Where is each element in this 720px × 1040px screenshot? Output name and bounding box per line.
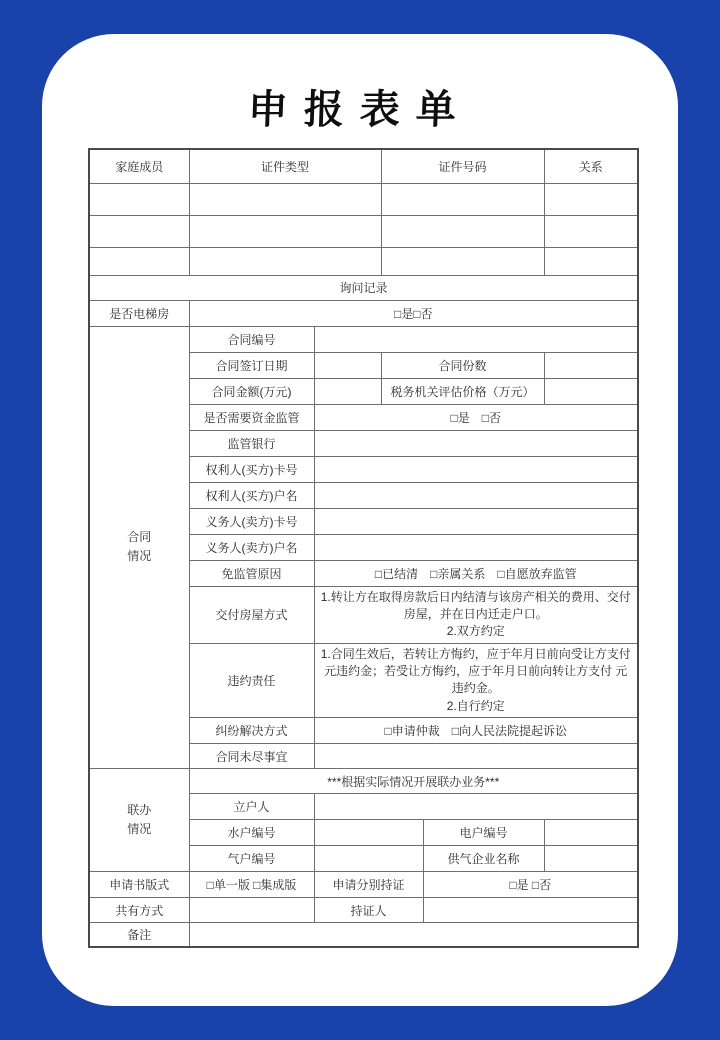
id-number-cell: [381, 183, 544, 215]
co-ownership-label: 共有方式: [89, 898, 189, 923]
fund-supervision-checkboxes: □是 □否: [314, 404, 638, 430]
gas-company-value: [544, 846, 638, 872]
bank-value: [314, 430, 638, 456]
water-no-value: [314, 820, 423, 846]
format-label: 申请书版式: [89, 872, 189, 898]
tax-price-value: [544, 378, 638, 404]
co-ownership-row: 共有方式 持证人: [89, 898, 638, 923]
family-empty-row: [89, 215, 638, 247]
delivery-label: 交付房屋方式: [189, 586, 314, 643]
elevator-label: 是否电梯房: [89, 300, 189, 326]
gas-no-value: [314, 846, 423, 872]
exempt-reason-label: 免监管原因: [189, 560, 314, 586]
format-row: 申请书版式 □单一版 □集成版 申请分别持证 □是 □否: [89, 872, 638, 898]
buyer-name-value: [314, 482, 638, 508]
outstanding-label: 合同未尽事宜: [189, 744, 314, 769]
contract-no-value: [314, 326, 638, 352]
id-type-header: 证件类型: [189, 149, 381, 183]
exempt-reason-checkboxes: □已结清 □亲属关系 □自愿放弃监管: [314, 560, 638, 586]
relation-cell: [544, 183, 638, 215]
joint-note-row: 联办 情况 ***根据实际情况开展联办业务***: [89, 769, 638, 794]
remarks-value: [189, 923, 638, 947]
remarks-row: 备注: [89, 923, 638, 947]
inquiry-row: 询问记录: [89, 275, 638, 300]
member-cell: [89, 247, 189, 275]
electric-no-value: [544, 820, 638, 846]
page-title: 申报表单: [41, 78, 679, 135]
form-card: 申报表单 家庭成员 证件类型 证件号码 关系: [42, 34, 678, 1006]
seller-name-value: [314, 534, 638, 560]
delivery-terms-text: 1.转让方在取得房款后日内结清与该房产相关的费用、交付房屋，并在日内迁走户口。 …: [314, 586, 638, 643]
member-cell: [89, 183, 189, 215]
joint-note-text: ***根据实际情况开展联办业务***: [189, 769, 638, 794]
buyer-card-value: [314, 456, 638, 482]
householder-value: [314, 794, 638, 820]
householder-label: 立户人: [189, 794, 314, 820]
id-number-cell: [381, 215, 544, 247]
relation-cell: [544, 247, 638, 275]
id-number-cell: [381, 247, 544, 275]
copies-value: [544, 352, 638, 378]
buyer-name-label: 权利人(买方)户名: [189, 482, 314, 508]
outstanding-value: [314, 744, 638, 769]
separate-cert-label: 申请分别持证: [314, 872, 423, 898]
buyer-card-label: 权利人(买方)卡号: [189, 456, 314, 482]
sign-date-label: 合同签订日期: [189, 352, 314, 378]
id-type-cell: [189, 247, 381, 275]
breach-label: 违约责任: [189, 643, 314, 718]
family-header-row: 家庭成员 证件类型 证件号码 关系: [89, 149, 638, 183]
seller-card-label: 义务人(卖方)卡号: [189, 508, 314, 534]
amount-value: [314, 378, 381, 404]
id-type-cell: [189, 183, 381, 215]
electric-no-label: 电户编号: [423, 820, 544, 846]
contract-no-row: 合同 情况 合同编号: [89, 326, 638, 352]
seller-card-value: [314, 508, 638, 534]
separate-cert-checkboxes: □是 □否: [423, 872, 638, 898]
remarks-label: 备注: [89, 923, 189, 947]
family-empty-row: [89, 183, 638, 215]
family-member-header: 家庭成员: [89, 149, 189, 183]
dispute-checkboxes: □申请仲裁 □向人民法院提起诉讼: [314, 718, 638, 744]
co-ownership-value: [189, 898, 314, 923]
fund-supervision-label: 是否需要资金监管: [189, 404, 314, 430]
declaration-form-table: 家庭成员 证件类型 证件号码 关系 询问记录: [88, 148, 639, 948]
elevator-row: 是否电梯房 □是□否: [89, 300, 638, 326]
contract-section-label: 合同 情况: [89, 326, 189, 769]
copies-label: 合同份数: [381, 352, 544, 378]
tax-price-label: 税务机关评估价格（万元）: [381, 378, 544, 404]
elevator-yes-no-checkboxes: □是□否: [189, 300, 638, 326]
bank-label: 监管银行: [189, 430, 314, 456]
gas-company-label: 供气企业名称: [423, 846, 544, 872]
inquiry-record-label: 询问记录: [89, 275, 638, 300]
sign-date-value: [314, 352, 381, 378]
seller-name-label: 义务人(卖方)户名: [189, 534, 314, 560]
amount-label: 合同金额(万元): [189, 378, 314, 404]
contract-no-label: 合同编号: [189, 326, 314, 352]
cert-holder-value: [423, 898, 638, 923]
water-no-label: 水户编号: [189, 820, 314, 846]
member-cell: [89, 215, 189, 247]
format-checkboxes: □单一版 □集成版: [189, 872, 314, 898]
joint-section-label: 联办 情况: [89, 769, 189, 872]
relation-header: 关系: [544, 149, 638, 183]
dispute-label: 纠纷解决方式: [189, 718, 314, 744]
family-empty-row: [89, 247, 638, 275]
relation-cell: [544, 215, 638, 247]
id-number-header: 证件号码: [381, 149, 544, 183]
breach-terms-text: 1.合同生效后，若转让方悔约，应于年月日前向受让方支付元违约金；若受让方悔约，应…: [314, 643, 638, 718]
cert-holder-label: 持证人: [314, 898, 423, 923]
id-type-cell: [189, 215, 381, 247]
gas-no-label: 气户编号: [189, 846, 314, 872]
